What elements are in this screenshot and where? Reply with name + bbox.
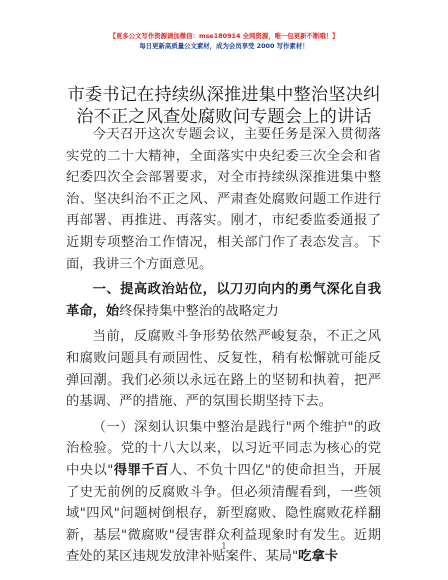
section-heading-1: 一、提高政治站位，以刀刃向内的勇气深化自我革命，始终保持集中整治的战略定力 bbox=[66, 279, 381, 322]
page-number: 1 bbox=[0, 542, 448, 552]
document-body: 今天召开这次专题会议，主要任务是深入贯彻落实党的二十大精神，全面落实中央纪委三次… bbox=[66, 124, 381, 572]
section-heading-rest: 终保持集中整治的战略定力 bbox=[119, 304, 279, 319]
promo-banner-line2: 每日更新高质量公文素材，成为会员享受 2000 写作素材！ bbox=[0, 42, 448, 50]
document-title: 市委书记在持续纵深推进集中整治坚决纠治不正之风查处腐败问专题会上的讲话 bbox=[62, 84, 386, 128]
paragraph-intro: 今天召开这次专题会议，主要任务是深入贯彻落实党的二十大精神，全面落实中央纪委三次… bbox=[66, 124, 381, 275]
document-page: 【更多公文写作资源请加微信：mse180914 全网资源，唯一包更新不断哦！】 … bbox=[0, 0, 448, 580]
bold-run: 得罪千百 bbox=[113, 463, 168, 478]
promo-banner-line1: 【更多公文写作资源请加微信：mse180914 全网资源，唯一包更新不断哦！】 bbox=[0, 32, 448, 40]
paragraph-situation: 当前，反腐败斗争形势依然严峻复杂，不正之风和腐败问题具有顽固性、反复性，稍有松懈… bbox=[66, 326, 381, 412]
